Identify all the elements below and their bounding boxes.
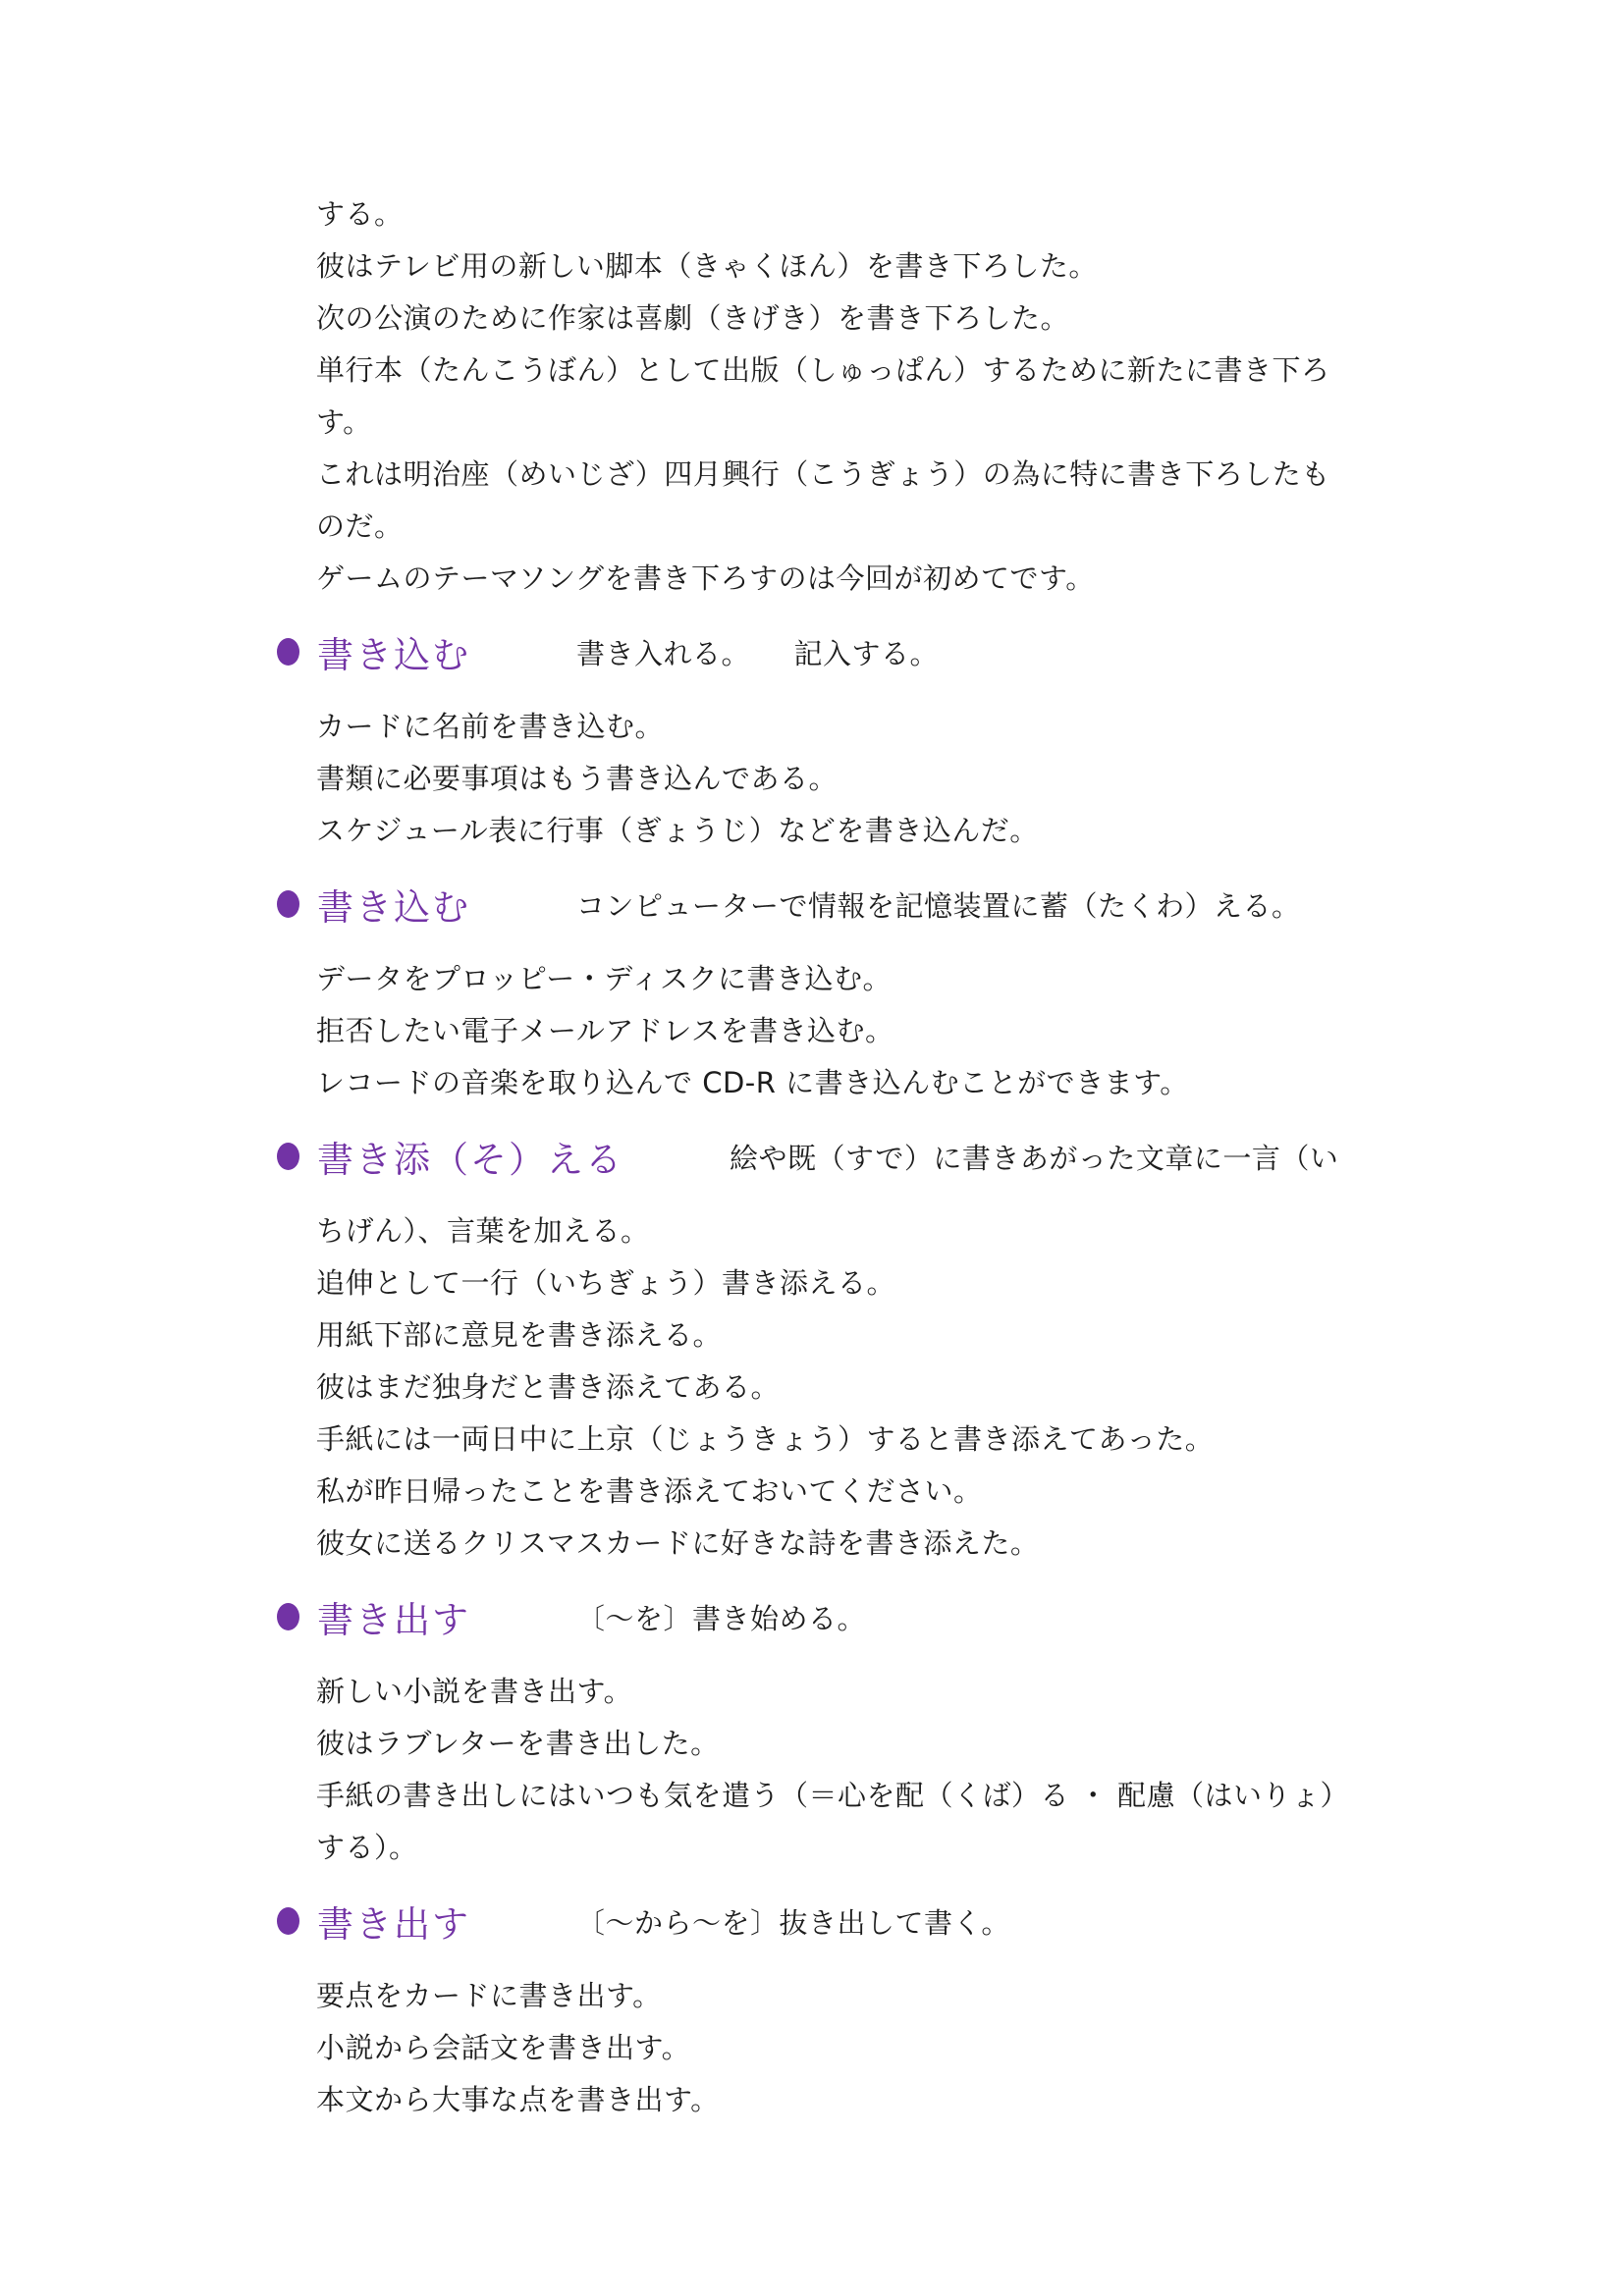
- example-line: 用紙下部に意見を書き添える。: [316, 1309, 1369, 1362]
- entry-section: 書き込む コンピューターで情報を記憶装置に蓄（たくわ）える。 データをプロッピー…: [316, 877, 1369, 1109]
- example-line: 小説から会話文を書き出す。: [316, 2022, 1369, 2074]
- intro-line: ゲームのテーマソングを書き下ろすのは今回が初めてです。: [316, 553, 1369, 605]
- entry-definition: 〔～を〕書き始める。: [576, 1597, 866, 1637]
- entry-term: 書き込む: [317, 625, 470, 678]
- example-line: 手紙の書き出しにはいつも気を遣う（＝心を配（くば）る ・ 配慮（はいりょ）: [316, 1770, 1369, 1822]
- intro-block: する。 彼はテレビ用の新しい脚本（きゃくほん）を書き下ろした。 次の公演のために…: [316, 188, 1369, 605]
- entry-header: 書き込む 書き入れる。 記入する。: [277, 624, 1369, 679]
- entry-term: 書き添（そ）える: [317, 1130, 623, 1183]
- example-line: 彼はまだ独身だと書き添えてある。: [316, 1362, 1369, 1414]
- example-line: カードに名前を書き込む。: [316, 701, 1369, 753]
- example-line: 本文から大事な点を書き出す。: [316, 2074, 1369, 2126]
- entry-section: 書き添（そ）える 絵や既（すで）に書きあがった文章に一言（い ちげん）、言葉を加…: [316, 1129, 1369, 1570]
- entry-definition: 〔～から～を〕抜き出して書く。: [576, 1901, 1010, 1942]
- intro-line: 彼はテレビ用の新しい脚本（きゃくほん）を書き下ろした。: [316, 240, 1369, 293]
- document-page: する。 彼はテレビ用の新しい脚本（きゃくほん）を書き下ろした。 次の公演のために…: [0, 0, 1624, 2296]
- entry-header: 書き込む コンピューターで情報を記憶装置に蓄（たくわ）える。: [277, 877, 1369, 932]
- entry-term: 書き込む: [317, 878, 470, 931]
- example-line: 私が昨日帰ったことを書き添えておいてください。: [316, 1466, 1369, 1518]
- entry-header: 書き添（そ）える 絵や既（すで）に書きあがった文章に一言（い: [277, 1129, 1369, 1184]
- entry-term: 書き出す: [317, 1895, 470, 1948]
- example-line: 要点をカードに書き出す。: [316, 1970, 1369, 2022]
- example-line: 手紙には一両日中に上京（じょうきょう）すると書き添えてあった。: [316, 1414, 1369, 1466]
- example-line: 新しい小説を書き出す。: [316, 1666, 1369, 1718]
- intro-line: 次の公演のために作家は喜劇（きげき）を書き下ろした。: [316, 293, 1369, 345]
- entry-term: 書き出す: [317, 1590, 470, 1643]
- bullet-icon: [277, 890, 299, 918]
- intro-line: 単行本（たんこうぼん）として出版（しゅっぱん）するために新たに書き下ろ: [316, 345, 1369, 397]
- text-content: する。 彼はテレビ用の新しい脚本（きゃくほん）を書き下ろした。 次の公演のために…: [0, 0, 1624, 2126]
- entry-header: 書き出す 〔～を〕書き始める。: [277, 1589, 1369, 1644]
- example-line: データをプロッピー・ディスクに書き込む。: [316, 953, 1369, 1005]
- entry-definition: 書き入れる。 記入する。: [576, 632, 939, 672]
- intro-line: これは明治座（めいじざ）四月興行（こうぎょう）の為に特に書き下ろしたも: [316, 449, 1369, 501]
- entry-section: 書き込む 書き入れる。 記入する。 カードに名前を書き込む。 書類に必要事項はも…: [316, 624, 1369, 857]
- intro-line: のだ。: [316, 501, 1369, 553]
- entry-section: 書き出す 〔～から～を〕抜き出して書く。 要点をカードに書き出す。 小説から会話…: [316, 1894, 1369, 2126]
- bullet-icon: [277, 638, 299, 666]
- example-wrap-line: する）。: [316, 1822, 1369, 1874]
- definition-wrap-line: ちげん）、言葉を加える。: [316, 1205, 1369, 1257]
- bullet-icon: [277, 1907, 299, 1935]
- entry-section: 書き出す 〔～を〕書き始める。 新しい小説を書き出す。 彼はラブレターを書き出し…: [316, 1589, 1369, 1874]
- bullet-icon: [277, 1603, 299, 1630]
- example-line: 追伸として一行（いちぎょう）書き添える。: [316, 1257, 1369, 1309]
- example-line: レコードの音楽を取り込んで CD-R に書き込んむことができます。: [316, 1057, 1369, 1109]
- entry-header: 書き出す 〔～から～を〕抜き出して書く。: [277, 1894, 1369, 1949]
- example-line: 彼はラブレターを書き出した。: [316, 1718, 1369, 1770]
- bullet-icon: [277, 1143, 299, 1170]
- intro-line: す。: [316, 397, 1369, 449]
- entry-definition: コンピューターで情報を記憶装置に蓄（たくわ）える。: [576, 884, 1301, 925]
- intro-line: する。: [316, 188, 1369, 240]
- example-line: 書類に必要事項はもう書き込んである。: [316, 753, 1369, 805]
- example-line: 拒否したい電子メールアドレスを書き込む。: [316, 1005, 1369, 1057]
- example-line: 彼女に送るクリスマスカードに好きな詩を書き添えた。: [316, 1518, 1369, 1570]
- entry-definition: 絵や既（すで）に書きあがった文章に一言（い: [730, 1137, 1338, 1177]
- example-line: スケジュール表に行事（ぎょうじ）などを書き込んだ。: [316, 805, 1369, 857]
